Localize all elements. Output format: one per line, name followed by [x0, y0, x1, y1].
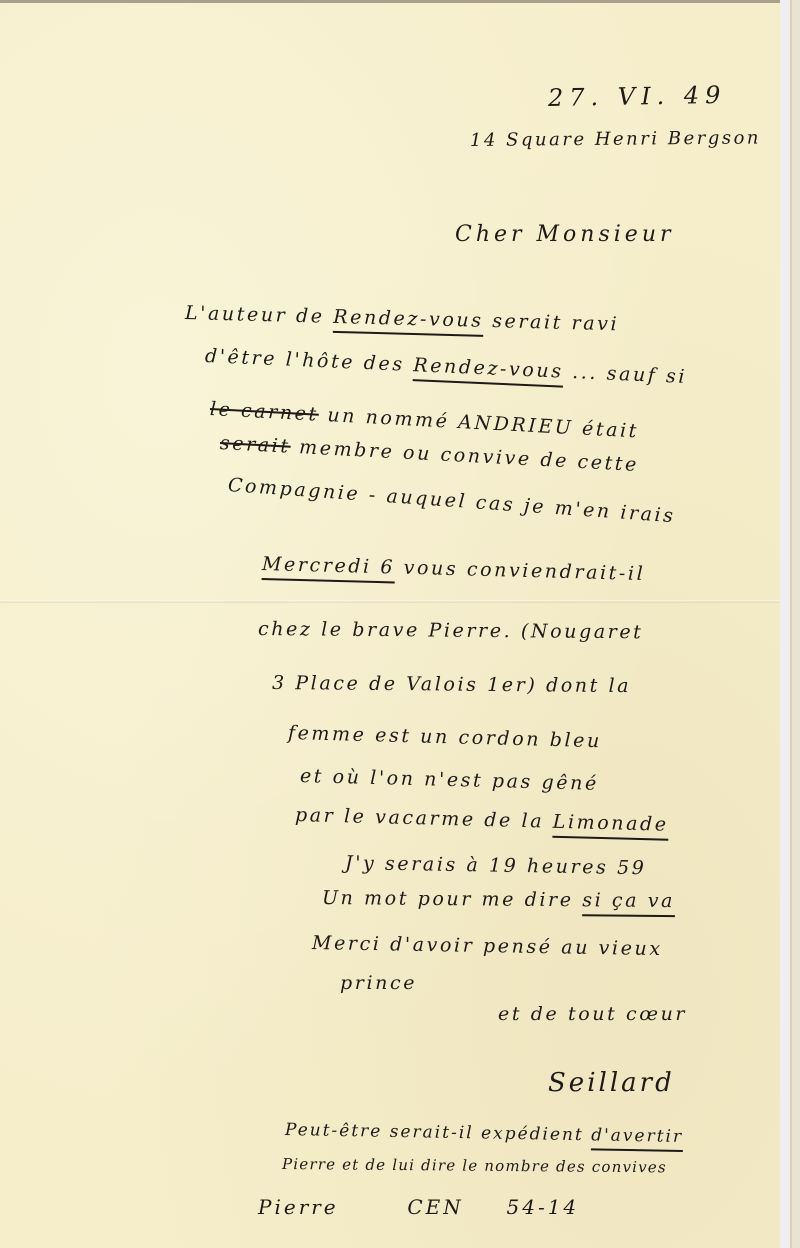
body-line-1: L'auteur de Rendez-vous serait ravi [185, 302, 620, 335]
body-line-15: prince [340, 972, 417, 994]
letter-address: 14 Square Henri Bergson [470, 127, 761, 151]
postscript-line-2: Pierre et de lui dire le nombre des conv… [282, 1155, 667, 1176]
underlined-word: Limonade [553, 811, 669, 836]
letter-date: 27. VI. 49 [548, 81, 727, 112]
page-top-edge [0, 0, 790, 3]
scan-margin [780, 0, 790, 1248]
phone-label: Pierre [258, 1195, 339, 1219]
body-line-14: Merci d'avoir pensé au vieux [312, 932, 663, 960]
underlined-title: Rendez-vous [333, 306, 484, 332]
underlined-title: Rendez-vous [413, 354, 564, 383]
body-line-11: par le vacarme de la Limonade [295, 804, 669, 836]
struck-text: le carnet [209, 398, 319, 426]
salutation: Cher Monsieur [455, 222, 675, 247]
body-line-8: 3 Place de Valois 1er) dont la [272, 672, 631, 697]
letter-page: 27. VI. 49 14 Square Henri Bergson Cher … [0, 0, 790, 1248]
body-line-10: et où l'on n'est pas gêné [300, 765, 599, 795]
phone-exchange: CEN [407, 1195, 463, 1219]
body-line-7: chez le brave Pierre. (Nougaret [258, 618, 644, 643]
body-line-6: Mercredi 6 vous conviendrait-il [262, 553, 646, 585]
body-line-9: femme est un cordon bleu [288, 722, 602, 752]
underlined-word: d'avertir [591, 1125, 683, 1147]
underlined-phrase: si ça va [582, 889, 675, 912]
struck-text: serait [219, 432, 291, 458]
body-line-13: Un mot pour me dire si ça va [322, 887, 675, 912]
signature: Seillard [548, 1068, 675, 1098]
body-line-2: d'être l'hôte des Rendez-vous ... sauf s… [205, 345, 688, 388]
body-line-5: Compagnie - auquel cas je m'en irais [227, 474, 676, 527]
body-line-12: J'y serais à 19 heures 59 [345, 852, 647, 879]
closing-line: et de tout cœur [498, 1003, 687, 1025]
underlined-date: Mercredi 6 [262, 553, 396, 578]
paper-fold-line [0, 600, 790, 603]
phone-number: 54-14 [507, 1195, 580, 1219]
phone-line: Pierre CEN 54-14 [258, 1195, 579, 1219]
postscript-line-1: Peut-être serait-il expédient d'avertir [285, 1120, 683, 1147]
